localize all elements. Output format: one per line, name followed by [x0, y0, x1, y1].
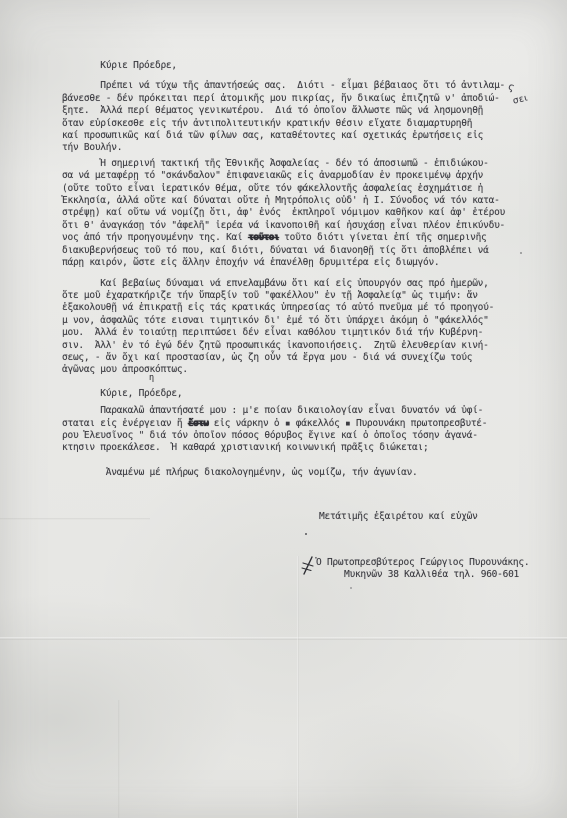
body-line: ἐξακολουθῇ νά ἐπικρατῇ εἰς τάς κρατικάς … — [62, 302, 528, 314]
body-line: Παρακαλῶ ἀπαντήσατέ μου : μ'ε ποίαν δικα… — [62, 405, 528, 417]
body-line: Ἐκκλησία, ἀλλά οὔτε καί δύναται οὔτε ἡ Μ… — [62, 195, 528, 207]
body-line: σεως, - ἄν ὄχι καί προστασίαν, ὡς ζη οὖν… — [62, 352, 528, 364]
salutation: Κύριε Πρόεδρε, — [62, 60, 528, 72]
body-line: πάρῃ καιρόν, ὥστε εἰς ἄλλην ἐποχήν νά ἐπ… — [62, 257, 528, 269]
body-line: ὅτι θ' ἀναγκάσῃ τόν "ἀφελῆ" ἱερέα νά ἱκα… — [62, 220, 528, 232]
line-text: νος ἀπό τήν προηγουμένην της. Καί — [62, 232, 248, 243]
paragraph-2: Ἡ σημερινή τακτική τῆς Ἐθνικῆς Ἀσφαλείας… — [62, 158, 528, 270]
line-text: σταται εἰς ἐνέργειαν ἤ — [62, 418, 188, 429]
body-line: νος ἀπό τήν προηγουμένην της. Καί τοῦτοι… — [62, 232, 528, 244]
paper-speck — [520, 252, 522, 254]
body-line: ὅτε μοῦ ἐχαρατκήριζε τήν ὕπαρξίν τοῦ "φα… — [62, 290, 528, 302]
line-text: εἰς νάρκην ὁ ▪ φάκελλός ▪ Πυρουνάκη πρωτ… — [208, 418, 487, 429]
paper-crease — [118, 700, 120, 818]
paper-crease — [297, 556, 299, 818]
signature-name: Ὁ Πρωτοπρεσβύτερος Γεώργιος Πυρουνάκης. — [316, 557, 528, 569]
line-text: τοῦτο διότι γίνεται ἐπί τῆς σημερινῆς — [279, 232, 487, 243]
paragraph-4: Παρακαλῶ ἀπαντήσατέ μου : μ'ε ποίαν δικα… — [62, 405, 528, 455]
body-line: διακυβερνήσεως τοῦ τό που, καί διότι, δύ… — [62, 245, 528, 257]
struck-word: ἔστω — [188, 418, 208, 429]
body-line: Ἡ σημερινή τακτική τῆς Ἐθνικῆς Ἀσφαλείας… — [62, 158, 528, 170]
body-line: σιν. Ἀλλ' ἐν τό ἐγώ δέν ζητῶ προσωπικάς … — [62, 340, 528, 352]
body-line: ρου Ἐλευσῖνος " διά τόν ὁποῖον πόσος θόρ… — [62, 430, 528, 442]
salutation: Κύριε, Πρόεδρε, — [62, 388, 528, 400]
paragraph-5: Ἀναμένω μέ πλήρως διακολογημένην, ὡς νομ… — [62, 467, 528, 479]
body-line: τήν Βουλήν. — [62, 142, 528, 154]
paper-crease — [0, 637, 567, 640]
signature-block: Ὁ Πρωτοπρεσβύτερος Γεώργιος Πυρουνάκης. … — [62, 557, 528, 582]
body-line: κτησιν προεκάλεσε. Ἡ καθαρά χριστιανική … — [62, 442, 528, 454]
paragraph-1: Πρέπει νά τύχω τῆς ἀπαντήσεώς σας. Διότι… — [62, 80, 528, 154]
body-line: βάνεσθε - δέν πρόκειται περί ἀτομικῆς μο… — [62, 93, 528, 105]
body-line: μου. Ἀλλά ἐν τοιαύτῃ περιπτώσει δέν εἶνα… — [62, 327, 528, 339]
paper-speck — [305, 533, 307, 535]
letter-page: Κύριε Πρόεδρε, Πρέπει νά τύχω τῆς ἀπαντή… — [0, 0, 567, 818]
body-line: Πρέπει νά τύχω τῆς ἀπαντήσεώς σας. Διότι… — [62, 80, 528, 92]
paper-speck — [350, 587, 352, 589]
signature-address: Μυκηνῶν 38 Καλλιθέα τηλ. 960-601 — [344, 569, 528, 581]
body-line: Καί βεβαίως δύναμαι νά επνελαμβάνω ὅτι κ… — [62, 278, 528, 290]
paper-speck — [84, 188, 86, 189]
struck-word: τοῦτοι — [248, 232, 279, 243]
closing-phrase: Μετάτιμῆς ἐξαιρέτου καί εὐχῶν — [319, 511, 528, 523]
typed-correction: η — [149, 372, 154, 384]
body-line: καί προσωπικῶς καί διά τῶν φίλων σας, κα… — [62, 130, 528, 142]
handwritten-mark-icon — [300, 555, 316, 577]
body-line: ξητε. Ἀλλά περί θέματος γενικωτέρου. Διά… — [62, 105, 528, 117]
letter-body: Κύριε Πρόεδρε, Πρέπει νά τύχω τῆς ἀπαντή… — [62, 60, 528, 581]
paragraph-3: Καί βεβαίως δύναμαι νά επνελαμβάνω ὅτι κ… — [62, 278, 528, 377]
body-line: (οὔτε τοῦτο εἶναι ἱερατικόν θέμα, οὔτε τ… — [62, 183, 528, 195]
body-line: ἀγῶνας μου ἀπροσκόπτως. — [62, 364, 528, 376]
body-line: σταται εἰς ἐνέργειαν ἤ ἔστω εἰς νάρκην ὁ… — [62, 418, 528, 430]
body-line: Ἀναμένω μέ πλήρως διακολογημένην, ὡς νομ… — [62, 467, 528, 479]
body-line: μ νον, ἀσφαλῶς τότε εισναι τιμητικόν δι'… — [62, 315, 528, 327]
body-line: ὅταν εὑρίσκεσθε εἰς τήν ἀντιπολιτευτικήν… — [62, 118, 528, 130]
body-line: στρέψῃ) καί οὕτω νά νομίζῃ ὅτι, ἀφ' ἑνός… — [62, 207, 528, 219]
body-line: σα νά μεταφέρῃ τό "σκάνδαλον" ἐπιφανειακ… — [62, 170, 528, 182]
